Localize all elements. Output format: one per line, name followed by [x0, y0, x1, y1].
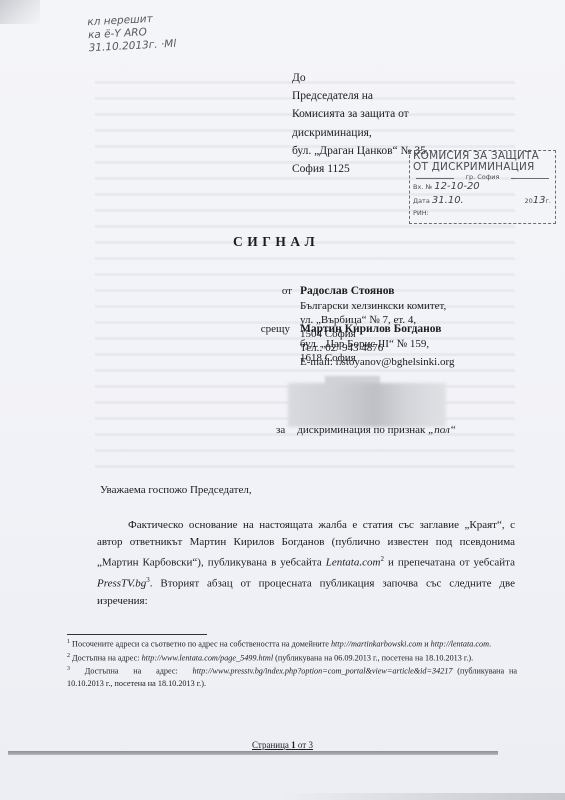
- registration-stamp: КОМИСИЯ ЗА ЗАЩИТА ОТ ДИСКРИМИНАЦИЯ гр. С…: [409, 150, 556, 224]
- site-name: Lentata.com: [326, 557, 381, 569]
- page-edge-shadow: [280, 793, 565, 800]
- stamp-entry-label: Вх. №: [413, 183, 432, 191]
- page-number: Страница 1 от 3: [0, 740, 565, 750]
- recipient-line: Комисията за защита от: [292, 105, 429, 123]
- subject-label: за: [276, 424, 285, 436]
- footnote-2: 2 Достъпна на адрес: http://www.lentata.…: [67, 651, 517, 665]
- footnote-1: 1 Посочените адреси са съответно по адре…: [67, 637, 517, 651]
- body-paragraph: Фактическо основание на настоящата жалба…: [97, 517, 515, 610]
- footnote-3: 3 Достъпна на адрес: http://www.presstv.…: [67, 664, 517, 689]
- footnote-text: Посочените адреси са съответно по адрес …: [70, 640, 331, 649]
- stamp-year-suffix: г.: [546, 197, 551, 205]
- footnote-url: http://martinkarbowski.com: [331, 640, 422, 649]
- footnotes: 1 Посочените адреси са съответно по адре…: [67, 637, 517, 689]
- page-total: 3: [308, 740, 313, 750]
- subject-text: дискриминация по признак: [297, 424, 428, 436]
- page-current: 1: [291, 740, 296, 750]
- stamp-extra-label: РИН:: [413, 209, 429, 217]
- page-label: Страница: [252, 740, 289, 750]
- page-corner-shadow: [0, 0, 40, 24]
- stamp-date-row: Дата 31.10. 2013г.: [410, 195, 555, 206]
- complainant-name: Радослав Стоянов: [300, 284, 454, 298]
- stamp-year: 2013г.: [525, 195, 552, 206]
- stamp-year-prefix: 20: [525, 197, 533, 205]
- body-text: . Вторият абзац от процесната публикация…: [97, 578, 515, 607]
- footnote-text: .: [489, 640, 491, 649]
- footnote-url: http://www.presstv.bg/index.php?option=c…: [193, 667, 453, 676]
- respondent-block: срещу Мартин Кирилов Богданов бул. „Цар …: [300, 322, 441, 365]
- complainant-label: от: [252, 284, 292, 298]
- stamp-entry-number: 12-10-20: [434, 181, 479, 192]
- salutation: Уважаема госпожо Председател,: [100, 484, 252, 496]
- stamp-line-2: ОТ ДИСКРИМИНАЦИЯ: [410, 162, 555, 173]
- respondent-label: срещу: [250, 322, 290, 336]
- recipient-line: Председателя на: [292, 87, 429, 105]
- recipient-line: дискриминация,: [292, 124, 429, 142]
- footnote-text: и: [422, 640, 430, 649]
- subject-line: задискриминация по признак „пол“: [276, 424, 456, 436]
- scanned-document-page: кл нерешит ка ё-Y ARO 31.10.2013г. ·Ml Д…: [0, 0, 565, 800]
- body-text: и препечатана от уебсайта: [384, 557, 515, 569]
- page-of: от: [298, 740, 306, 750]
- complainant-line: Български хелзинкски комитет,: [300, 299, 454, 313]
- stamp-date-label: Дата: [413, 197, 430, 205]
- stamp-extra-row: РИН:: [410, 209, 555, 220]
- footnote-text: Достъпна на адрес:: [70, 667, 193, 676]
- subject-emphasis: „пол“: [428, 424, 456, 436]
- respondent-name: Мартин Кирилов Богданов: [300, 322, 441, 336]
- recipient-line: До: [292, 69, 429, 87]
- respondent-line: бул. „Цар Борис III“ № 159,: [300, 337, 441, 351]
- stamp-year-value: 13: [533, 195, 546, 206]
- footnote-url: http://www.lentata.com/page_5499.html: [142, 653, 274, 662]
- footnote-url: http://lentata.com: [431, 640, 489, 649]
- stamp-date-value: 31.10.: [432, 195, 464, 206]
- footnote-text: Достъпна на адрес:: [70, 653, 142, 662]
- redacted-area: [288, 383, 446, 427]
- footnote-text: (публикувана на 06.09.2013 г., посетена …: [273, 653, 473, 662]
- respondent-line: 1618 София: [300, 351, 441, 365]
- site-name: PressTV.bg: [97, 578, 146, 590]
- stamp-city: гр. София: [414, 173, 551, 181]
- document-title: СИГНАЛ: [233, 234, 319, 250]
- footer-rule: [8, 751, 498, 755]
- footnote-divider: [67, 634, 207, 635]
- handwritten-resolution-note: кл нерешит ка ё-Y ARO 31.10.2013г. ·Ml: [87, 12, 177, 56]
- stamp-entry-row: Вх. № 12-10-20: [410, 181, 555, 192]
